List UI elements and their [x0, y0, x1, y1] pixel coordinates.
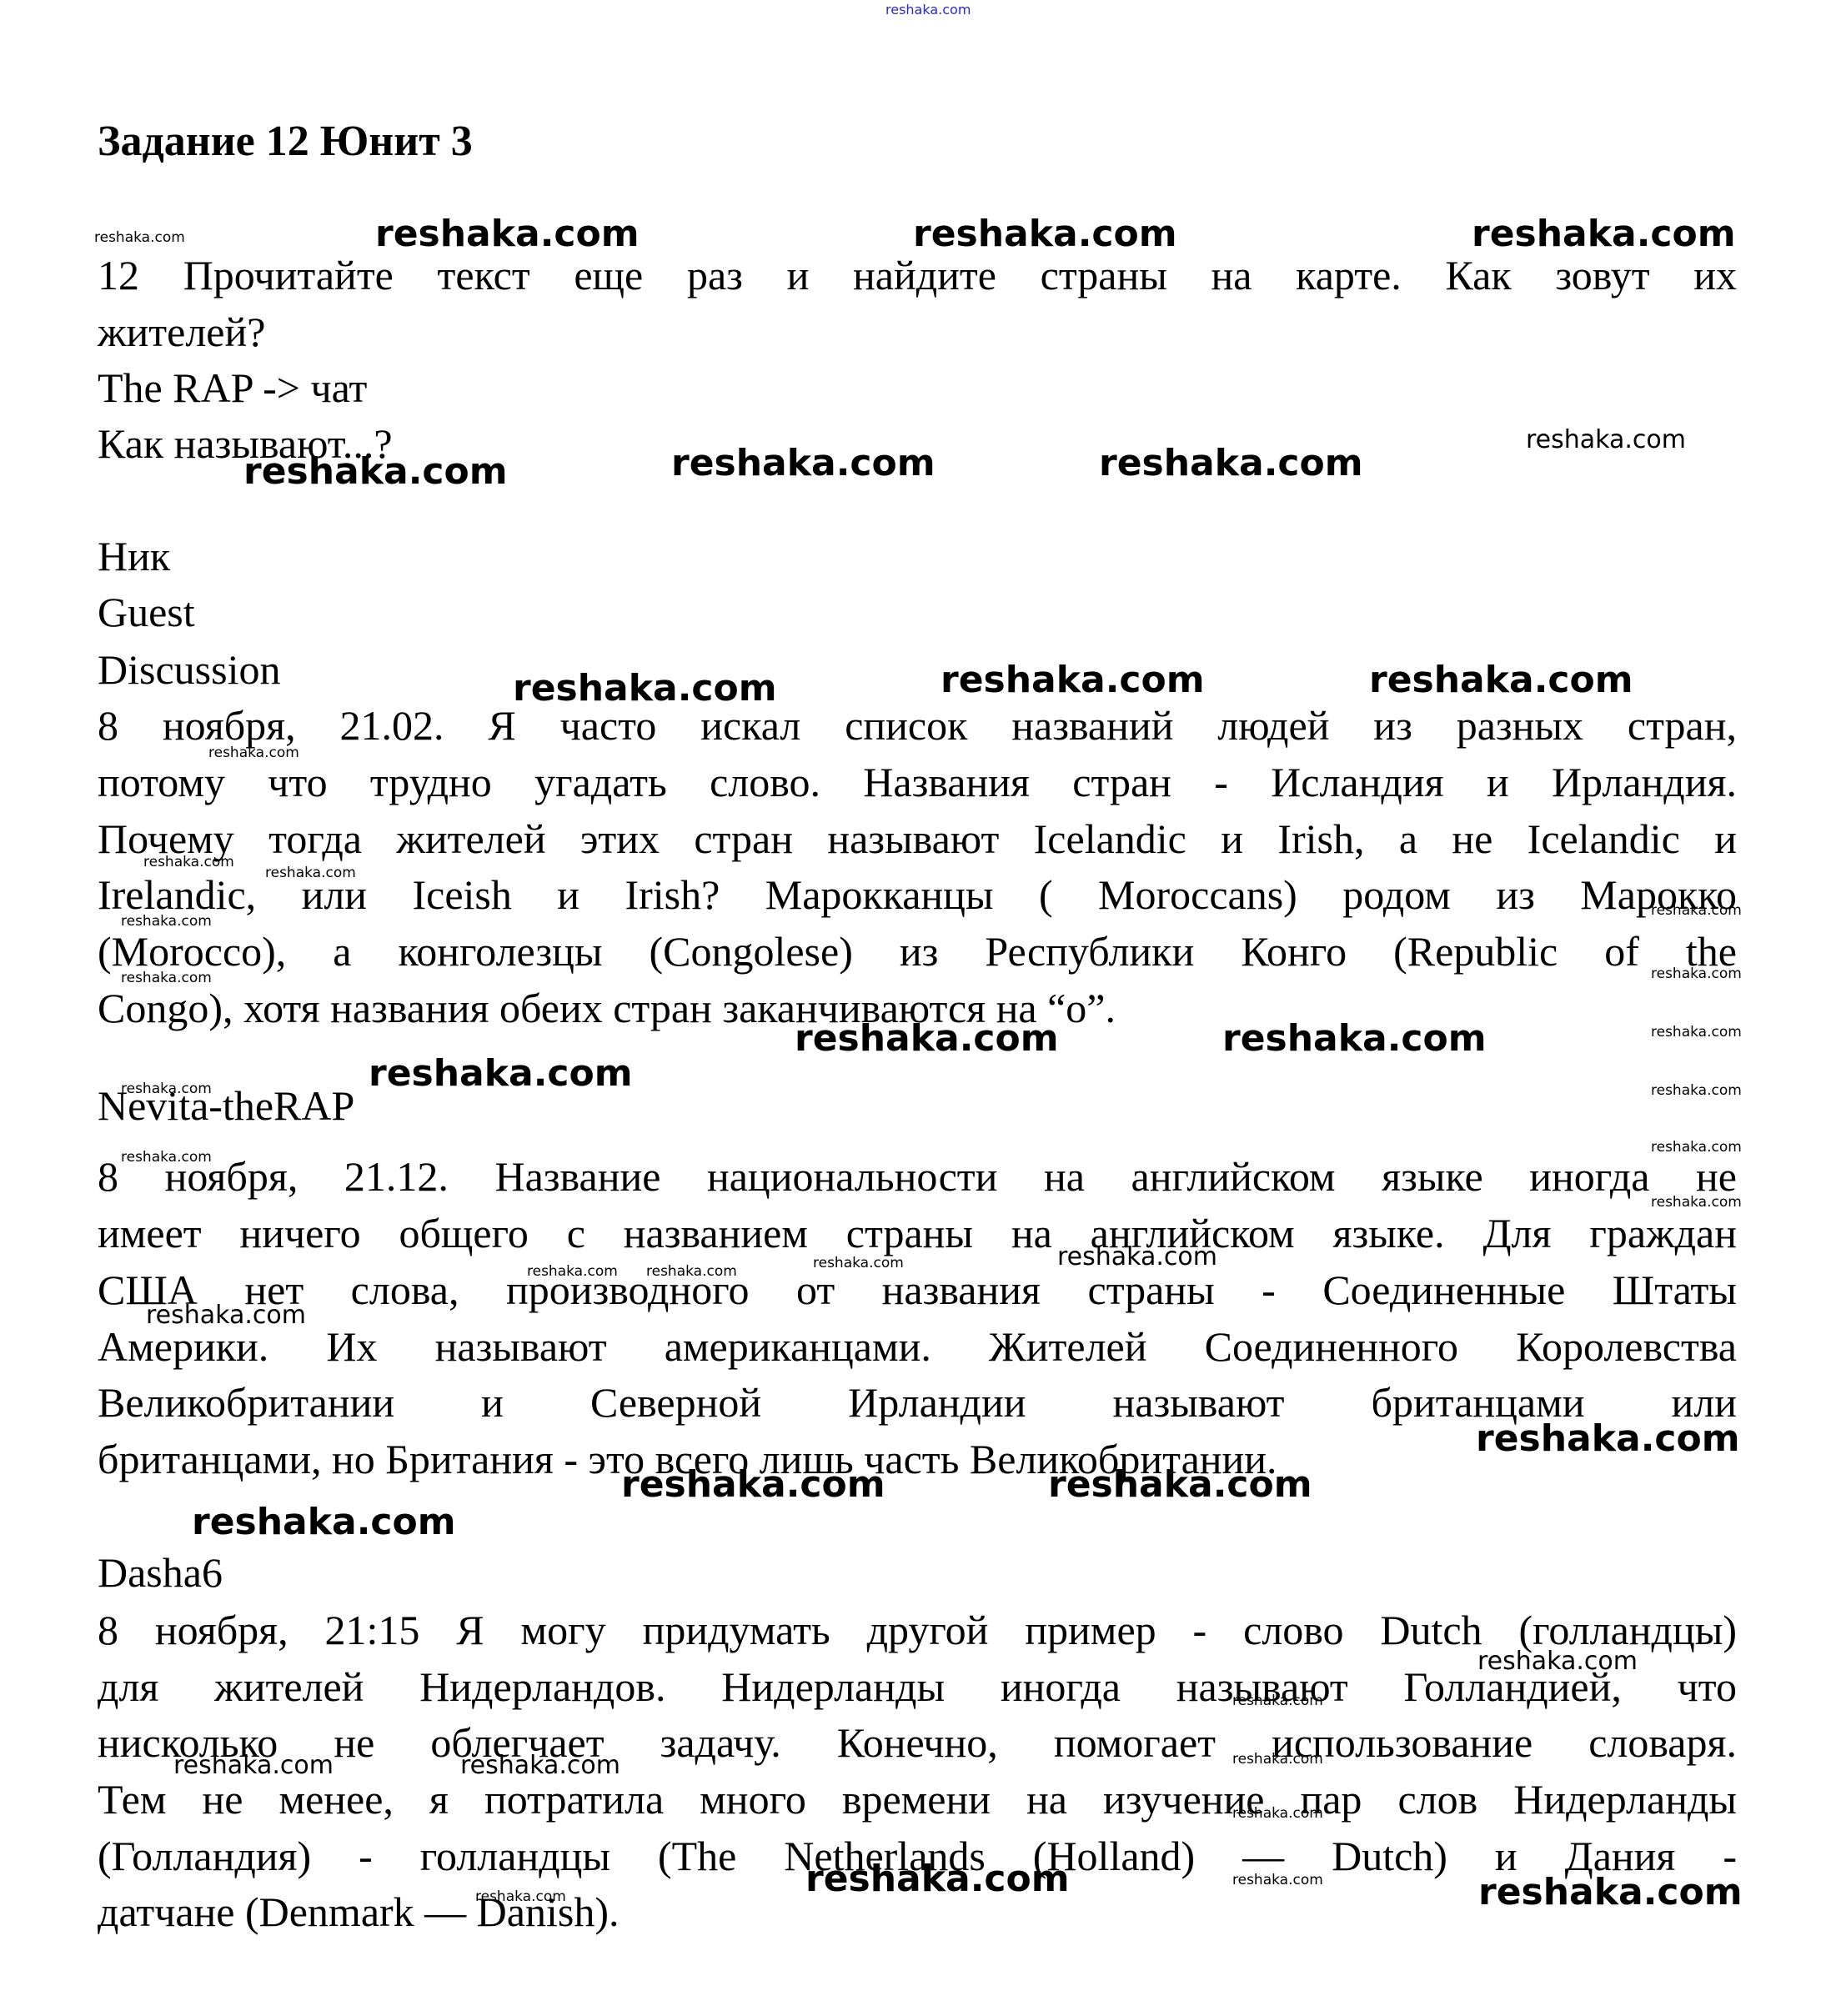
watermark: reshaka.com: [1222, 1017, 1487, 1060]
post-line: Почему тогда жителей этих стран называют…: [98, 814, 1737, 864]
watermark: reshaka.com: [1651, 965, 1742, 982]
task-line: жителей?: [98, 307, 1737, 357]
watermark: reshaka.com: [941, 659, 1205, 701]
watermark: reshaka.com: [243, 450, 508, 493]
watermark: reshaka.com: [1651, 1194, 1742, 1211]
watermark: reshaka.com: [1232, 1751, 1323, 1768]
watermark: reshaka.com: [1526, 425, 1686, 454]
watermark: reshaka.com: [1477, 1647, 1638, 1676]
nick-label: Ник: [98, 531, 1737, 581]
header-watermark: reshaka.com: [885, 2, 971, 18]
watermark: reshaka.com: [805, 1858, 1070, 1900]
watermark: reshaka.com: [192, 1501, 456, 1543]
watermark: reshaka.com: [375, 213, 640, 255]
watermark: reshaka.com: [1048, 1463, 1312, 1506]
watermark: reshaka.com: [1232, 1872, 1323, 1888]
post-author: Dasha6: [98, 1547, 1737, 1597]
post-author: Nevita-theRAP: [98, 1081, 1737, 1131]
watermark: reshaka.com: [1057, 1242, 1217, 1271]
post-line: нисколько не облегчает задачу. Конечно, …: [98, 1718, 1737, 1768]
guest-label: Guest: [98, 587, 1737, 637]
watermark: reshaka.com: [1232, 1693, 1323, 1709]
post-line: Америки. Их называют американцами. Жител…: [98, 1321, 1737, 1372]
watermark: reshaka.com: [460, 1751, 620, 1780]
watermark: reshaka.com: [1478, 1871, 1743, 1913]
watermark: reshaka.com: [527, 1263, 618, 1280]
watermark: reshaka.com: [94, 229, 185, 246]
watermark: reshaka.com: [913, 213, 1177, 255]
watermark: reshaka.com: [121, 913, 212, 930]
page-title: Задание 12 Юнит 3: [98, 117, 473, 167]
watermark: reshaka.com: [121, 970, 212, 986]
post-line: потому что трудно угадать слово. Названи…: [98, 757, 1737, 807]
post-line: США нет слова, производного от названия …: [98, 1265, 1737, 1315]
watermark: reshaka.com: [1651, 902, 1742, 919]
post-line: (Morocco), а конголезцы (Congolese) из Р…: [98, 926, 1737, 976]
watermark: reshaka.com: [621, 1463, 885, 1506]
watermark: reshaka.com: [475, 1888, 566, 1905]
watermark: reshaka.com: [369, 1052, 633, 1095]
watermark: reshaka.com: [1099, 442, 1363, 484]
watermark: reshaka.com: [1651, 1082, 1742, 1099]
post-line: 8 ноября, 21.12. Название национальности…: [98, 1151, 1737, 1201]
watermark: reshaka.com: [173, 1751, 334, 1780]
watermark: reshaka.com: [1232, 1805, 1323, 1822]
watermark: reshaka.com: [646, 1263, 737, 1280]
watermark: reshaka.com: [1651, 1139, 1742, 1156]
watermark: reshaka.com: [121, 1149, 212, 1166]
watermark: reshaka.com: [813, 1255, 904, 1271]
post-line: имеет ничего общего с названием страны н…: [98, 1208, 1737, 1258]
task-line: 12 Прочитайте текст еще раз и найдите ст…: [98, 250, 1737, 300]
watermark: reshaka.com: [265, 865, 356, 881]
watermark: reshaka.com: [513, 667, 777, 710]
watermark: reshaka.com: [795, 1017, 1059, 1060]
task-line: The RAP -> чат: [98, 363, 1737, 413]
post-line: 8 ноября, 21.02. Я часто искал список на…: [98, 700, 1737, 750]
watermark: reshaka.com: [143, 854, 234, 870]
watermark: reshaka.com: [146, 1301, 306, 1330]
watermark: reshaka.com: [1472, 213, 1736, 255]
post-line: Тем не менее, я потратила много времени …: [98, 1774, 1737, 1824]
watermark: reshaka.com: [208, 745, 299, 761]
watermark: reshaka.com: [1651, 1024, 1742, 1041]
watermark: reshaka.com: [1476, 1417, 1740, 1460]
watermark: reshaka.com: [671, 442, 936, 484]
watermark: reshaka.com: [121, 1081, 212, 1097]
watermark: reshaka.com: [1369, 659, 1633, 701]
